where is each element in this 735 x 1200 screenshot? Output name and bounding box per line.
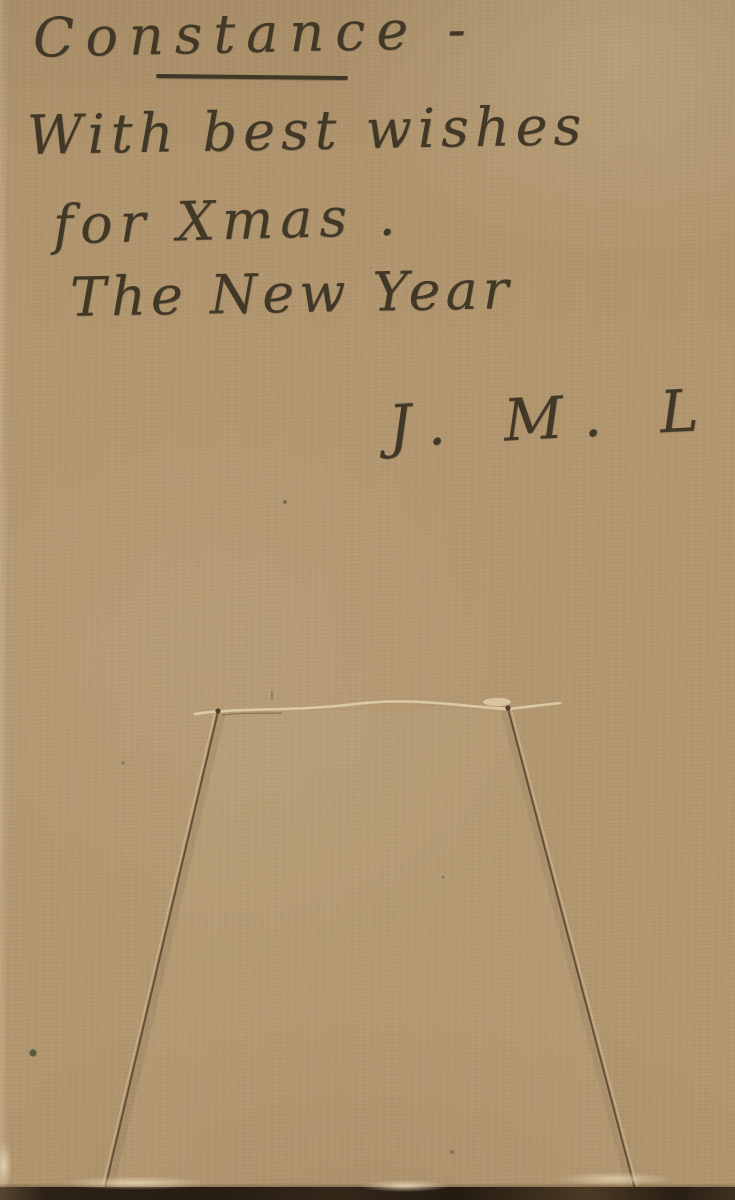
handwritten-signature: J. M. L xyxy=(386,375,720,460)
flap-right-inner-shadow xyxy=(504,711,632,1197)
flap-left-inner-shadow xyxy=(108,714,222,1197)
paper-fiber-texture xyxy=(0,0,735,1200)
card-bottom-edge xyxy=(0,1187,735,1200)
recipient-underline-stroke xyxy=(156,74,348,80)
flap-corner-notch-left xyxy=(215,708,220,713)
flap-right-cut xyxy=(508,709,637,1197)
easel-flap-cutout xyxy=(0,0,735,1200)
paper-grain-noise xyxy=(0,0,735,1200)
flap-surface xyxy=(103,709,637,1197)
flap-top-crease xyxy=(195,701,560,714)
paper-tone-gradient xyxy=(0,0,735,1200)
brown-speck xyxy=(450,1150,454,1154)
flap-corner-tear xyxy=(483,698,511,706)
handwritten-line-greeting-3: The New Year xyxy=(69,258,513,329)
flap-right-cut-highlight xyxy=(511,709,640,1197)
handwritten-line-greeting-1: With best wishes xyxy=(26,94,587,167)
handwritten-line-greeting-2: for Xmas . xyxy=(52,184,403,256)
paper-speck xyxy=(121,761,124,764)
dark-stain xyxy=(29,1049,36,1056)
paper-speck-2 xyxy=(442,876,445,879)
flap-corner-notch-right xyxy=(505,705,510,710)
flap-left-cut xyxy=(103,712,218,1197)
flap-left-cut-highlight xyxy=(100,712,215,1197)
ink-speck xyxy=(283,500,287,504)
handwritten-card-back: Constance - With best wishes for Xmas . … xyxy=(0,0,735,1200)
flap-top-crease-dark-segment xyxy=(222,713,282,715)
handwritten-line-recipient: Constance - xyxy=(32,0,477,70)
